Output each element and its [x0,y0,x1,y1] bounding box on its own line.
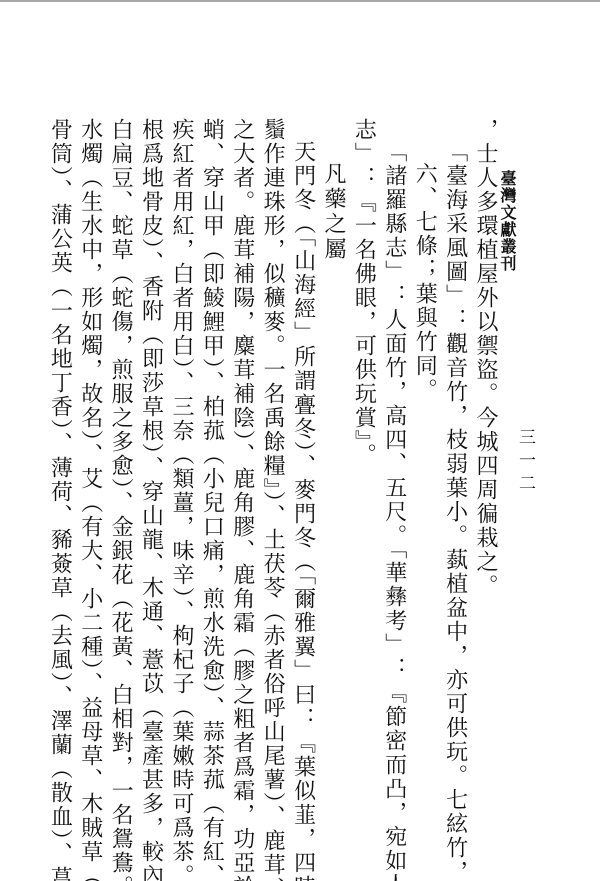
body-text: ，士人多環植屋外以禦盜。今城四周徧栽之。 「臺海采風圖」：觀音竹，枝弱葉小。蓺植… [44,118,500,858]
text-column: 白扁豆、蛇草（蛇傷，煎服之多愈）、金銀花（花黃、白相對，一名鴛鴦。治毒最效） [105,118,135,858]
text-column: 天門冬（「山海經」所謂亹冬）、麥門冬（「爾雅翼」曰：『葉似韮，四時不凋。有 [287,118,317,858]
text-column: 「臺海采風圖」：觀音竹，枝弱葉小。蓺植盆中，亦可供玩。七絃竹，幹白，有青線紋五、 [439,118,469,858]
page-number: 三一二 [516,428,534,497]
text-column: 根爲地骨皮）、香附（即莎草根）、穿山龍、木通、薏苡（臺產甚多，較內地粒差小） [135,118,165,858]
text-column: 水燭（生水中，形如燭，故名）、艾（有大、小二種）、益母草、木賊草（一名接 [74,118,104,858]
running-head: 臺灣文獻叢刊 [498,170,516,272]
text-column: 骨筒）、蒲公英（一名地丁香）、薄荷、豨薟草（去風）、澤蘭（散血）、菖蒲（能益 [44,118,74,858]
section-heading: 凡藥之屬 [318,118,348,858]
top-border-rule [0,0,600,2]
text-column: 鬚作連珠形，似穬麥。一名禹餘糧』）、土茯苓（赤者俗呼山尾薯）、鹿茸、麋茸（鹿 [257,118,287,858]
text-column: ，士人多環植屋外以禦盜。今城四周徧栽之。 [470,118,500,858]
text-column: 蛸、穿山甲（即鯪鯉甲）、柏菰（小兒口痛，煎水洗愈）、蒜茶菰（有紅、白二色，痢 [196,118,226,858]
text-column: 疾紅者用紅，白者用白）、三奈（類薑，味辛）、枸杞子（葉嫩時可爲茶。實爲地仙子 [166,118,196,858]
text-column: 「諸羅縣志」：人面竹，高四、五尺。「華彝考」：『節密而凸，宛如人面，故名』。「通 [378,118,408,858]
text-column: 六、七條；葉與竹同。 [409,118,439,858]
text-column: 志」：『一名佛眼，可供玩賞』。 [348,118,378,858]
text-column: 之大者。鹿茸補陽，麋茸補陰）、鹿角膠、鹿角霜（膠之粗者爲霜，功亞於膠）、海螵 [226,118,256,858]
